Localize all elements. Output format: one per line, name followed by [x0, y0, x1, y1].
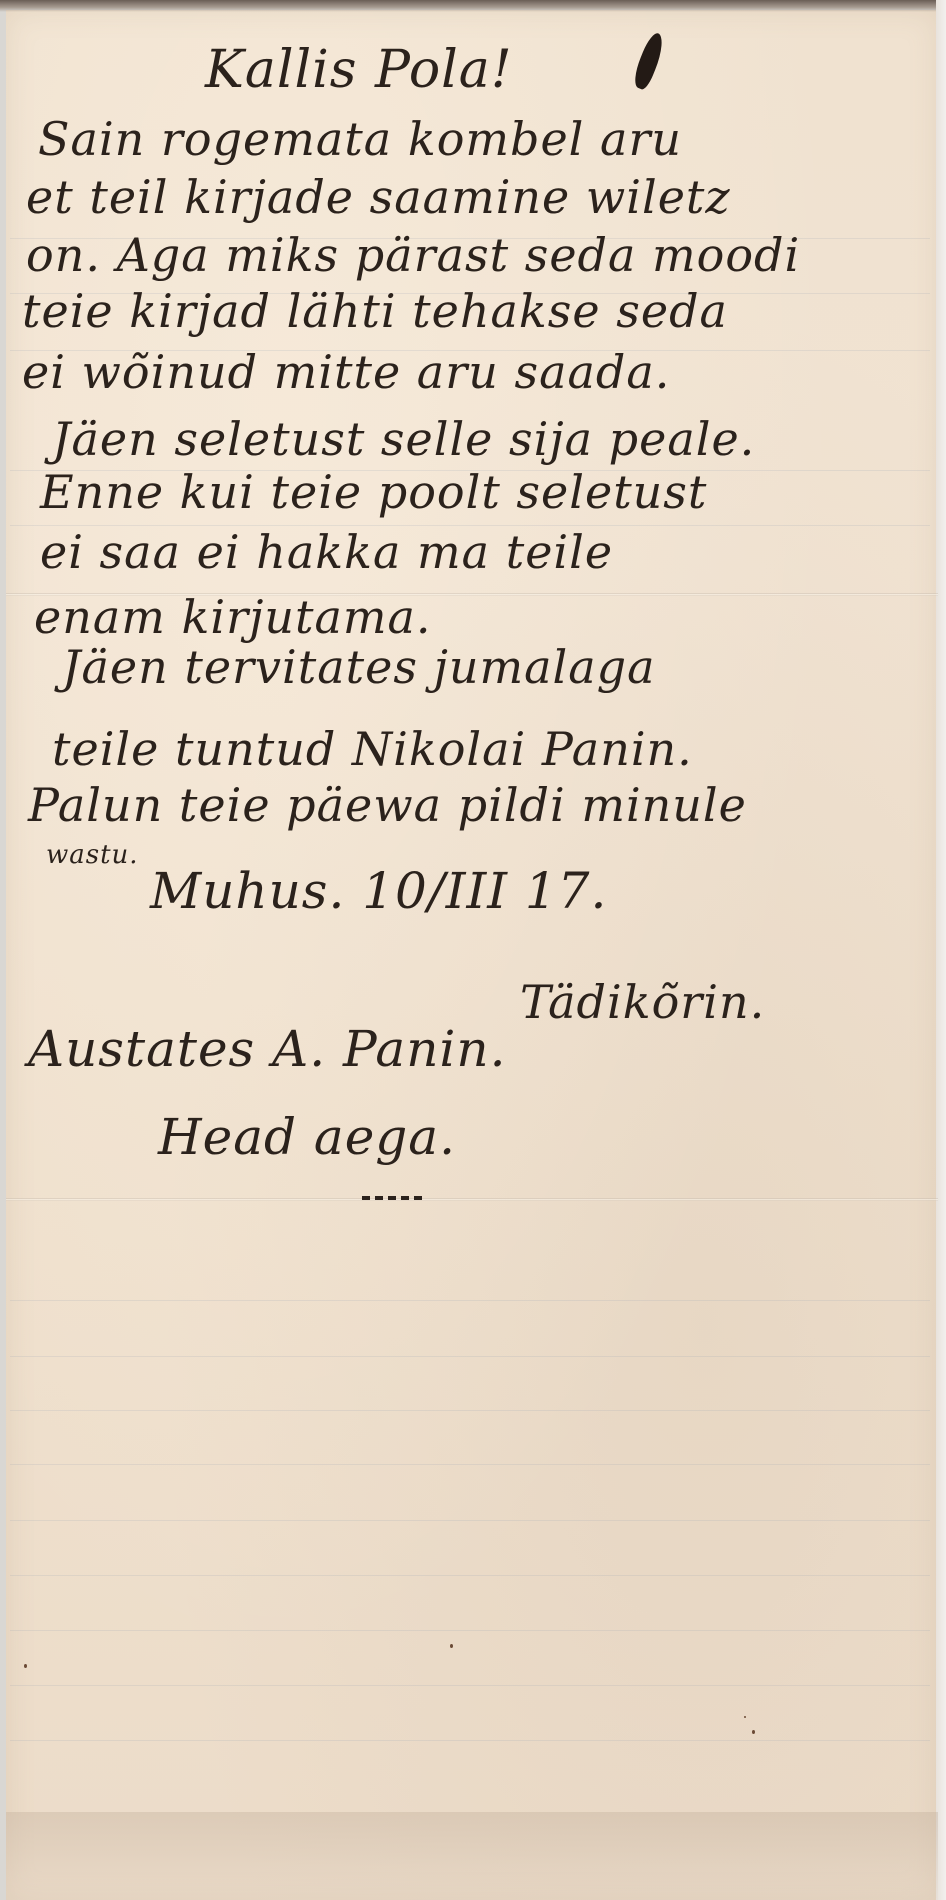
letter-line: on. Aga miks pärast seda moodi — [26, 228, 800, 282]
letter-line: Palun teie päewa pildi minule — [28, 778, 747, 832]
ruled-line — [10, 1300, 930, 1301]
ink-dashes — [362, 1196, 422, 1205]
closing-signature: Austates A. Panin. — [28, 1020, 507, 1078]
place-date: Muhus. 10/III 17. — [150, 862, 607, 920]
scan-top-shadow — [0, 0, 946, 12]
letter-line: Sain rogemata kombel aru — [38, 112, 682, 166]
letter-line: teie kirjad lähti tehakse seda — [22, 284, 728, 338]
letter-line: ei saa ei hakka ma teile — [40, 525, 613, 579]
letter-line: ei wõinud mitte aru saada. — [22, 345, 670, 399]
signature-aside: Tädikõrin. — [520, 975, 765, 1029]
letter-line: et teil kirjade saamine wiletz — [26, 170, 731, 224]
ruled-line — [10, 1410, 930, 1411]
ruled-line — [10, 1356, 930, 1357]
letter-line: teile tuntud Nikolai Panin. — [52, 722, 693, 776]
ruled-line — [10, 1630, 930, 1631]
paper-speck — [24, 1664, 27, 1668]
letter-line: Jäen tervitates jumalaga — [62, 640, 656, 694]
ruled-line — [10, 1740, 930, 1741]
paper-fold — [6, 1198, 938, 1201]
ruled-line — [10, 1464, 930, 1465]
salutation: Kallis Pola! — [205, 40, 513, 100]
scan-right-edge — [936, 0, 946, 1900]
letter-line: Jäen seletust selle sija peale. — [52, 412, 755, 466]
letter-line: Enne kui teie poolt seletust — [40, 465, 707, 519]
bottom-fold-shadow — [6, 1812, 938, 1900]
ruled-line — [10, 1685, 930, 1686]
paper-speck — [450, 1644, 453, 1648]
paper-speck — [752, 1730, 755, 1734]
letter-line: enam kirjutama. — [34, 590, 432, 644]
ruled-line — [10, 1575, 930, 1576]
ruled-line — [10, 1520, 930, 1521]
postscript-word: wastu. — [46, 840, 139, 870]
paper-speck — [744, 1716, 746, 1718]
farewell: Head aega. — [158, 1108, 456, 1166]
